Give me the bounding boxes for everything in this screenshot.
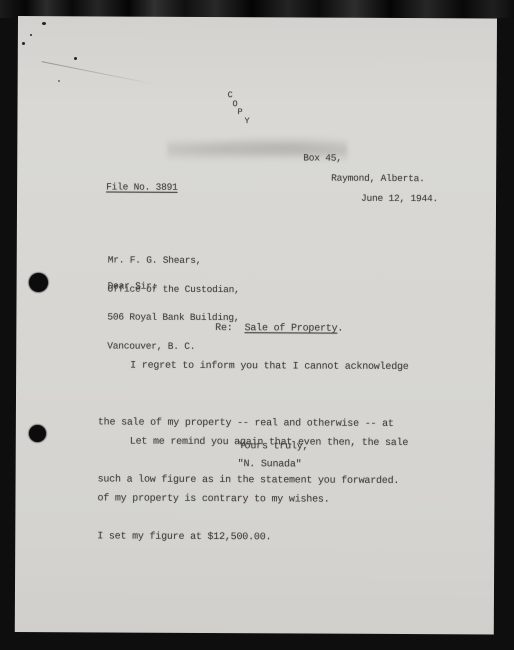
salutation: Dear Sir: bbox=[108, 281, 158, 291]
closing: Yours truly, bbox=[239, 437, 309, 456]
letter-date: June 12, 1944. bbox=[361, 194, 438, 204]
dust-speck bbox=[42, 22, 46, 25]
microfilm-scan: C O P Y Box 45, Raymond, Alberta. File N… bbox=[0, 0, 514, 650]
dust-speck bbox=[30, 34, 32, 36]
dust-speck bbox=[22, 42, 25, 45]
file-number: File No. 3891 bbox=[106, 182, 178, 192]
film-strip-top bbox=[0, 0, 514, 18]
copy-stamp-letter: P bbox=[237, 107, 242, 117]
dust-speck bbox=[58, 80, 60, 82]
return-address-city: Raymond, Alberta. bbox=[331, 174, 425, 184]
copy-stamp-letter: Y bbox=[244, 116, 249, 126]
dust-speck bbox=[74, 57, 77, 60]
hole-punch-mark bbox=[29, 273, 48, 292]
body-line: I regret to inform you that I cannot ack… bbox=[98, 356, 428, 377]
signature: "N. Sunada" bbox=[238, 455, 302, 474]
hole-punch-mark bbox=[29, 425, 46, 442]
recipient-line: Mr. F. G. Shears, bbox=[108, 255, 240, 265]
letter-page: C O P Y Box 45, Raymond, Alberta. File N… bbox=[15, 16, 497, 634]
body-line: of my property is contrary to my wishes. bbox=[97, 489, 427, 510]
return-address-box: Box 45, bbox=[303, 153, 342, 163]
